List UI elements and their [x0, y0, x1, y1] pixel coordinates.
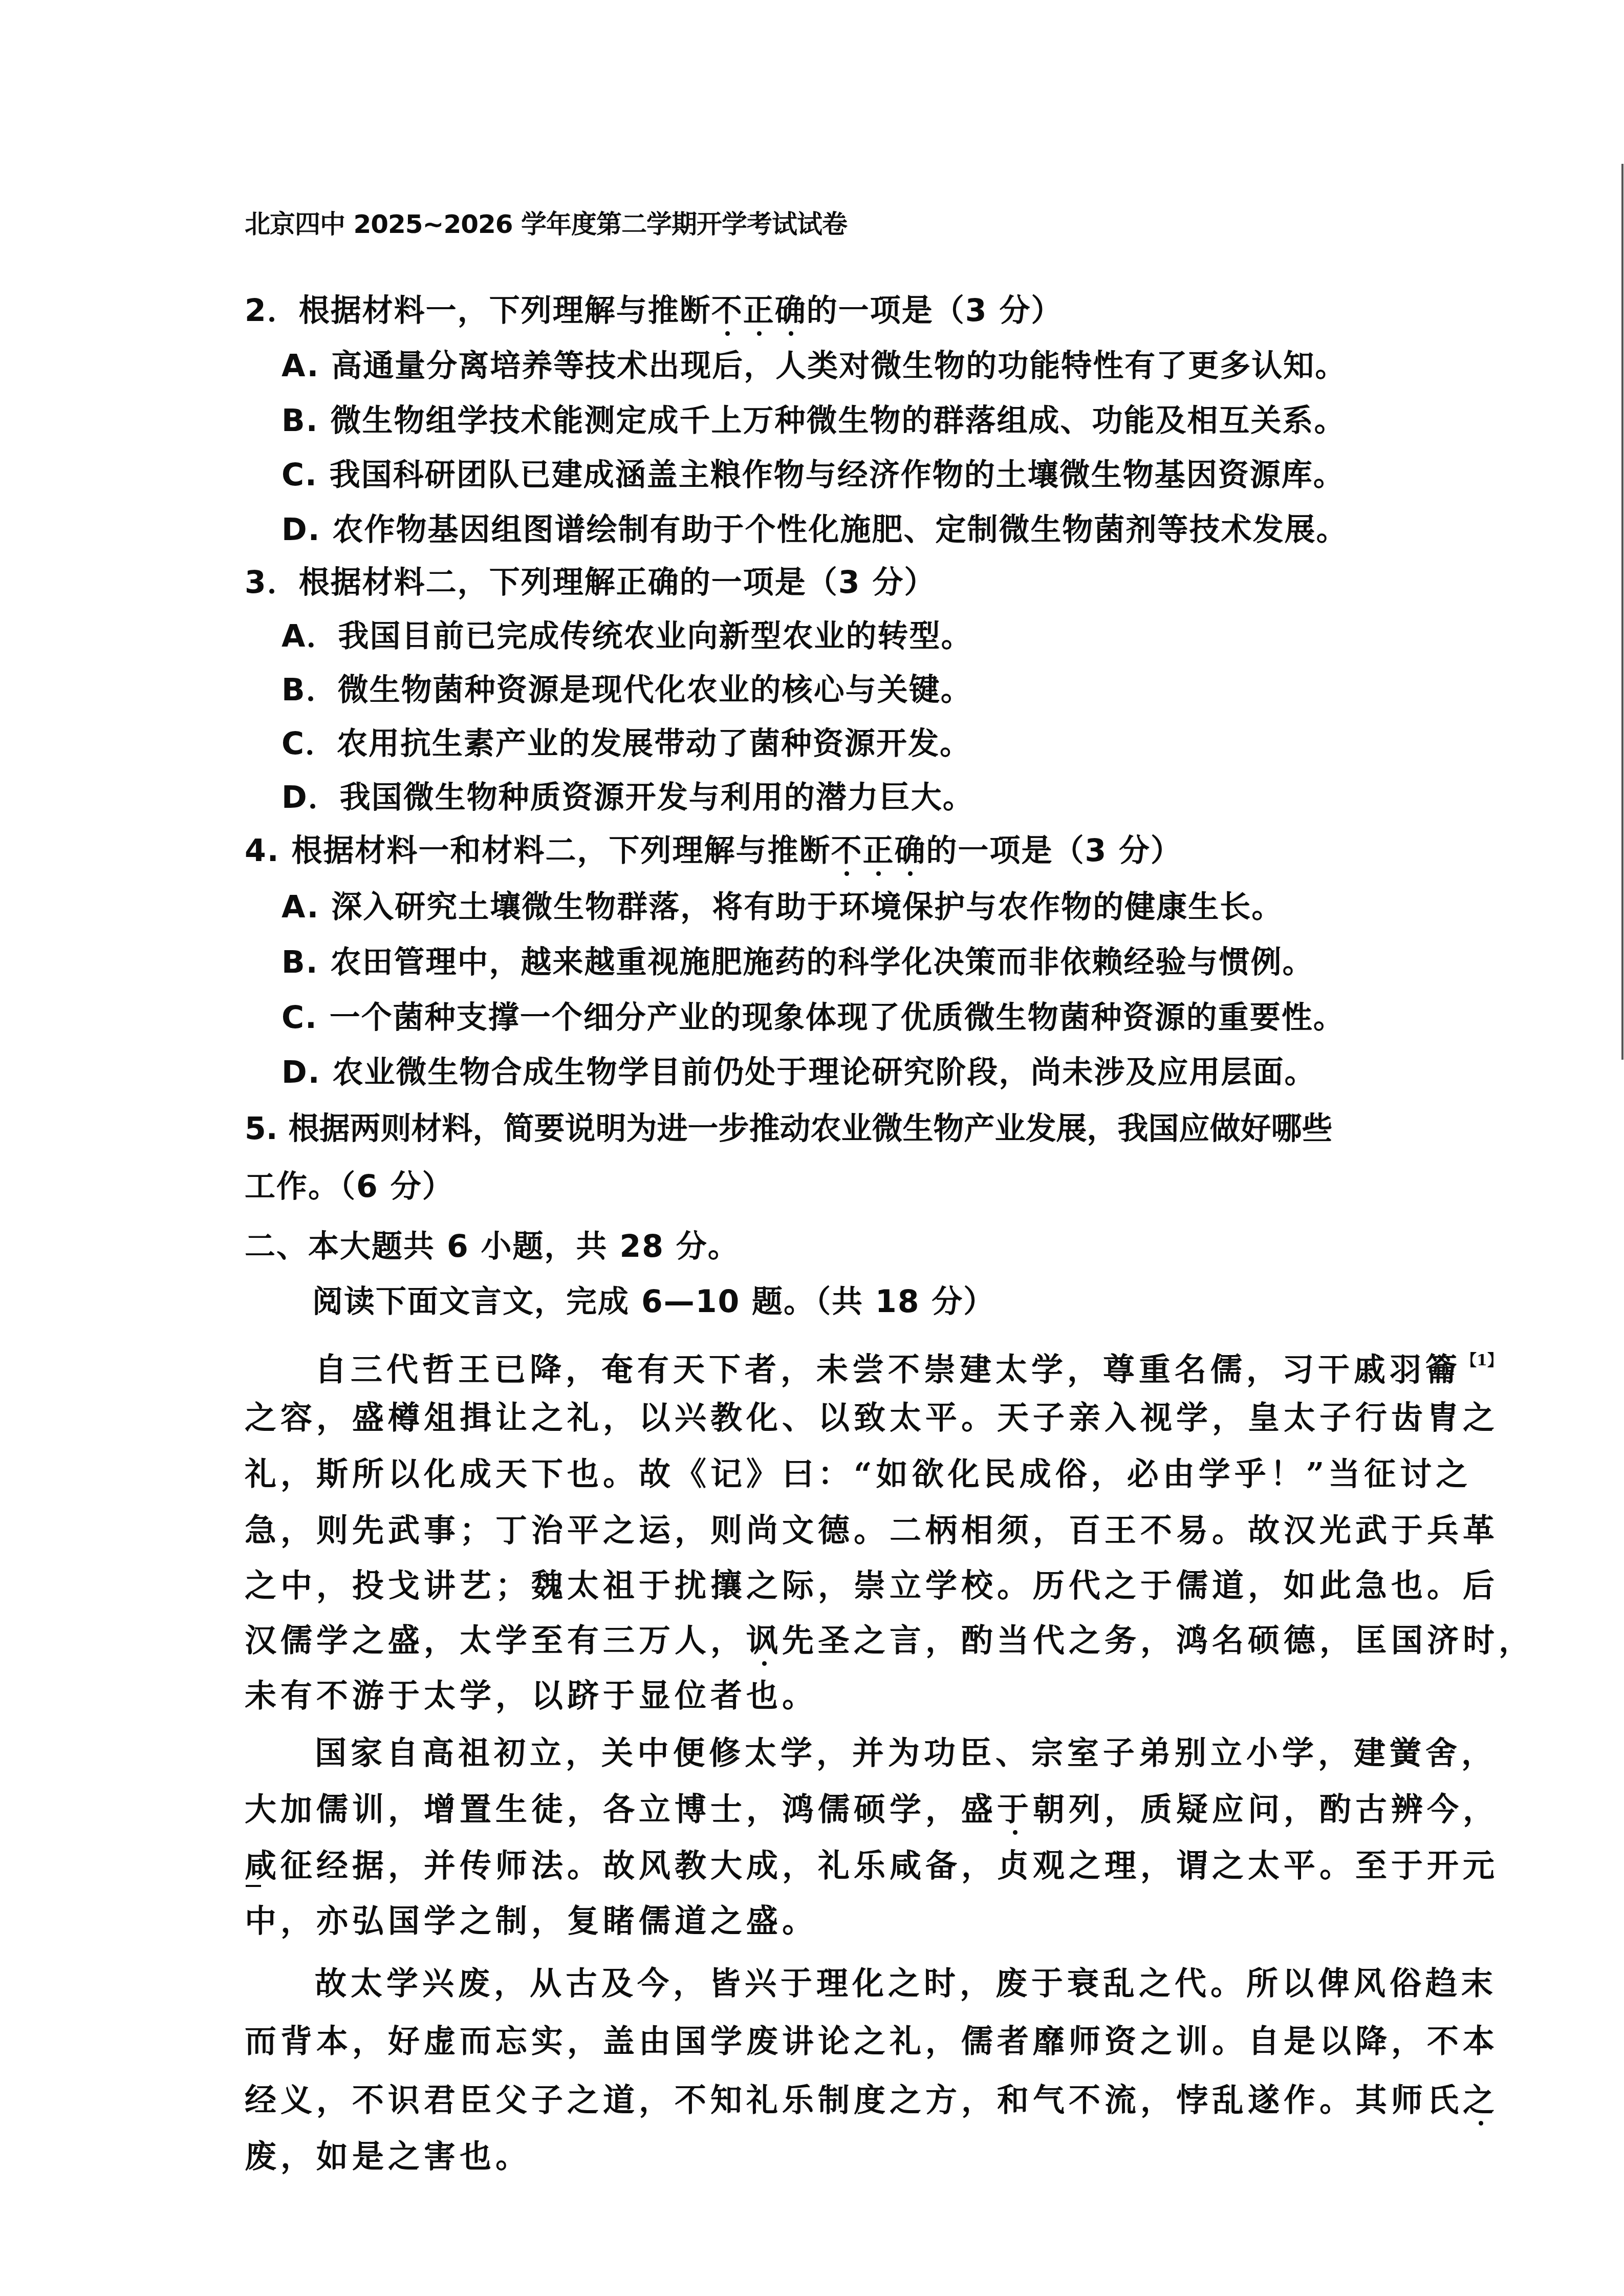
exam-page: 北京四中 2025~2026 学年度第二学期开学考试试卷 2．根据材料一，下列理… [0, 0, 1624, 2296]
passage-text: 先圣之言，酌当代之务，鸿名硕德，匡国济时， [782, 1622, 1534, 1659]
emphasis-char: 不 [831, 833, 862, 869]
question-3-option-d: D．我国微生物种质资源开发与利用的潜力巨大。 [282, 780, 975, 816]
page-edge-divider [1621, 164, 1623, 1060]
passage-p1-line-7: 未有不游于太学，以跻于显位者也。 [245, 1678, 818, 1714]
question-4-stem: 4. 根据材料一和材料二，下列理解与推断不正确的一项是（3 分） [245, 833, 1182, 869]
question-3-stem: 3．根据材料二，下列理解正确的一项是（3 分） [245, 565, 936, 600]
question-5-stem-line-2: 工作。（6 分） [245, 1169, 454, 1205]
section-2-title: 二、本大题共 6 小题，共 28 分。 [245, 1229, 740, 1264]
passage-p2-line-1: 国家自高祖初立，关中便修太学，并为功臣、宗室子弟别立小学，建黉舍， [315, 1735, 1497, 1771]
passage-p1-line-2: 之容，盛樽俎揖让之礼，以兴教化、以致太平。天子亲入视学，皇太子行齿胄之 [245, 1400, 1499, 1436]
passage-text: 大加儒训，增置生徒，各立博士，鸿儒硕学，盛 [245, 1791, 997, 1828]
emphasis-char: 讽 [746, 1623, 782, 1659]
emphasis-char: 不 [711, 293, 743, 329]
question-3-option-a: A．我国目前已完成传统农业向新型农业的转型。 [282, 618, 972, 654]
section-2-instruction: 阅读下面文言文，完成 6—10 题。（共 18 分） [312, 1284, 995, 1320]
emphasis-char: 之 [1463, 2083, 1499, 2118]
footnote-marker: 【1】 [1461, 1351, 1503, 1369]
exam-header-title: 北京四中 2025~2026 学年度第二学期开学考试试卷 [245, 204, 847, 241]
passage-text: 征经据，并传师法。故风教大成，礼乐咸备，贞观之理，谓之太平。至于开元 [280, 1847, 1499, 1884]
question-4-stem-prefix: 4. 根据材料一和材料二，下列理解与推断 [245, 833, 831, 869]
question-4-option-b: B. 农田管理中，越来越重视施肥施药的科学化决策而非依赖经验与惯例。 [282, 945, 1314, 980]
underlined-char: 咸 [245, 1848, 280, 1884]
question-3-option-b: B．微生物菌种资源是现代化农业的核心与关键。 [282, 672, 972, 708]
passage-p1-line-1: 自三代哲王已降，奄有天下者，未尝不崇建太学，尊重名儒，习干戚羽籥【1】 [315, 1343, 1503, 1388]
passage-p1-line-3: 礼，斯所以化成天下也。故《记》曰：“如欲化民成俗，必由学乎！”当征讨之 [245, 1456, 1471, 1492]
passage-p3-line-3: 经义，不识君臣父子之道，不知礼乐制度之方，和气不流，悖乱遂作。其师氏之 [245, 2083, 1499, 2118]
question-2-stem-prefix: 2．根据材料一，下列理解与推断 [245, 293, 711, 329]
passage-p1-line-6: 汉儒学之盛，太学至有三万人，讽先圣之言，酌当代之务，鸿名硕德，匡国济时， [245, 1623, 1534, 1659]
question-2-option-b: B. 微生物组学技术能测定成千上万种微生物的群落组成、功能及相互关系。 [282, 403, 1346, 439]
emphasis-char: 正 [743, 293, 775, 329]
passage-p1-line-5: 之中，投戈讲艺；魏太祖于扰攘之际，崇立学校。历代之于儒道，如此急也。后 [245, 1568, 1499, 1604]
question-4-option-d: D. 农业微生物合成生物学目前仍处于理论研究阶段，尚未涉及应用层面。 [282, 1055, 1316, 1090]
question-5-stem-line-1: 5. 根据两则材料，简要说明为进一步推动农业微生物产业发展，我国应做好哪些 [245, 1111, 1332, 1147]
emphasis-char: 确 [894, 833, 926, 869]
passage-p2-line-4: 中，亦弘国学之制，复睹儒道之盛。 [245, 1903, 818, 1939]
emphasis-char: 于 [997, 1792, 1033, 1828]
question-3-option-c: C．农用抗生素产业的发展带动了菌种资源开发。 [282, 726, 971, 762]
passage-p2-line-2: 大加儒训，增置生徒，各立博士，鸿儒硕学，盛于朝列，质疑应问，酌古辨今， [245, 1792, 1499, 1828]
question-2-option-d: D. 农作物基因组图谱绘制有助于个性化施肥、定制微生物菌剂等技术发展。 [282, 512, 1348, 548]
question-2-stem: 2．根据材料一，下列理解与推断不正确的一项是（3 分） [245, 293, 1063, 329]
passage-text: 朝列，质疑应问，酌古辨今， [1033, 1791, 1499, 1828]
question-4-option-a: A. 深入研究土壤微生物群落，将有助于环境保护与农作物的健康生长。 [282, 889, 1283, 925]
passage-p3-line-4: 废，如是之害也。 [245, 2139, 531, 2175]
emphasis-char: 确 [775, 293, 807, 329]
passage-text: 自三代哲王已降，奄有天下者，未尝不崇建太学，尊重名儒，习干戚羽籥 [315, 1351, 1461, 1388]
passage-p1-line-4: 急，则先武事；丁治平之运，则尚文德。二柄相须，百王不易。故汉光武于兵革 [245, 1513, 1499, 1549]
question-2-option-a: A. 高通量分离培养等技术出现后，人类对微生物的功能特性有了更多认知。 [282, 348, 1347, 384]
question-2-option-c: C. 我国科研团队已建成涵盖主粮作物与经济作物的土壤微生物基因资源库。 [282, 457, 1345, 493]
question-2-stem-suffix: 的一项是（3 分） [807, 293, 1063, 329]
passage-p3-line-1: 故太学兴废，从古及今，皆兴于理化之时，废于衰乱之代。所以俾风俗趋末 [315, 1966, 1497, 2002]
question-4-option-c: C. 一个菌种支撑一个细分产业的现象体现了优质微生物菌种资源的重要性。 [282, 1000, 1345, 1036]
passage-p2-line-3: 咸征经据，并传师法。故风教大成，礼乐咸备，贞观之理，谓之太平。至于开元 [245, 1848, 1499, 1884]
passage-text: 汉儒学之盛，太学至有三万人， [245, 1622, 746, 1659]
passage-text: 经义，不识君臣父子之道，不知礼乐制度之方，和气不流，悖乱遂作。其师氏 [245, 2082, 1463, 2119]
question-4-stem-suffix: 的一项是（3 分） [926, 833, 1182, 869]
emphasis-char: 正 [862, 833, 894, 869]
passage-p3-line-2: 而背本，好虚而忘实，盖由国学废讲论之礼，儒者靡师资之训。自是以降，不本 [245, 2024, 1499, 2059]
